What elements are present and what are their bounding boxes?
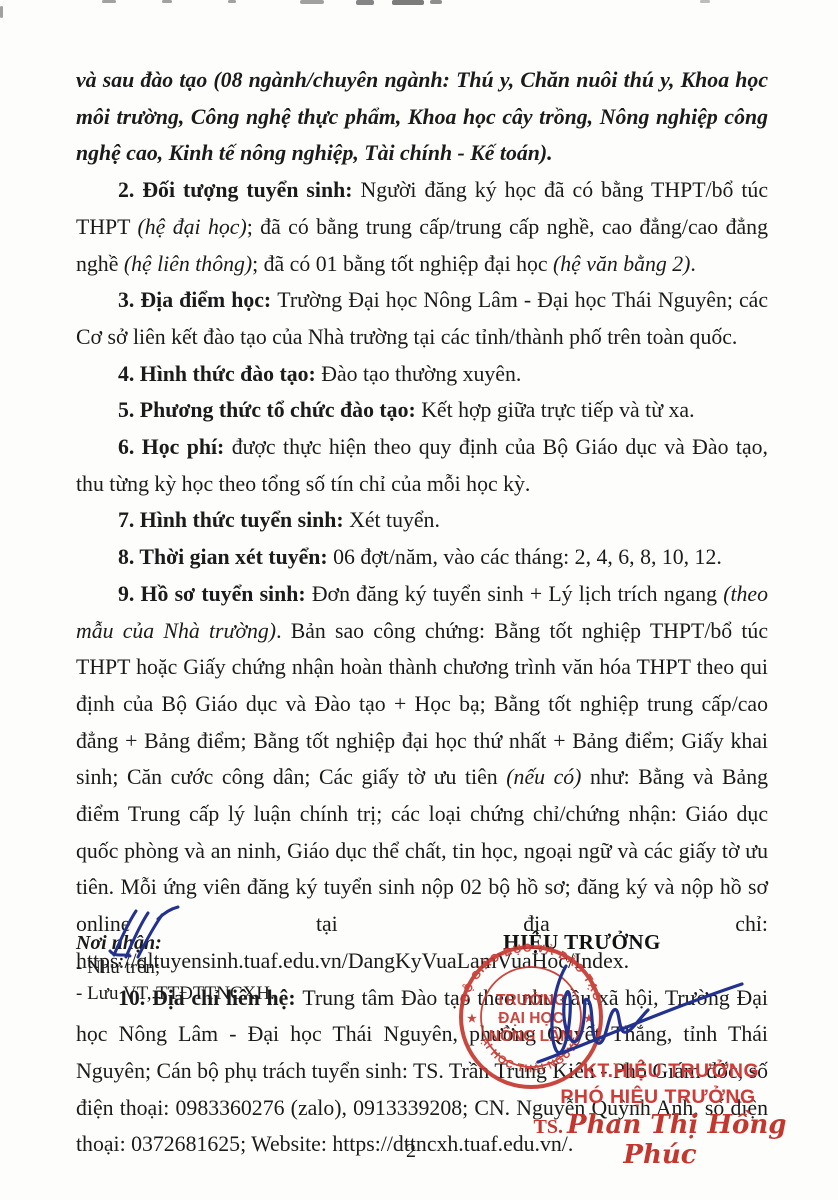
text-run: Xét tuyển. [349, 508, 440, 532]
text-run: (nếu có) [506, 765, 581, 789]
scan-artifact [392, 0, 424, 5]
page-number: 2 [394, 1140, 428, 1163]
paragraph-item-7: 7. Hình thức tuyển sinh: Xét tuyển. [76, 502, 768, 539]
paragraph-item-6: 6. Học phí: được thực hiện theo quy định… [76, 429, 768, 502]
paragraph-item-2: 2. Đối tượng tuyển sinh: Người đăng ký h… [76, 172, 768, 282]
scan-artifact [356, 0, 374, 5]
paragraph-item-4: 4. Hình thức đào tạo: Đào tạo thường xuy… [76, 356, 768, 393]
paragraph-continuation: và sau đào tạo (08 ngành/chuyên ngành: T… [76, 62, 768, 172]
kt-hieu-truong-line: KT.HIỆU TRƯỞNG [576, 1060, 766, 1083]
text-run: (hệ đại học) [138, 215, 247, 239]
text-run: Đào tạo thường xuyên. [321, 362, 521, 386]
text-run: 3. Địa điểm học: [118, 288, 277, 312]
text-run: 7. Hình thức tuyển sinh: [118, 508, 349, 532]
text-run: ; đã có 01 bằng tốt nghiệp đại học [252, 252, 553, 276]
signature-block: HIỆU TRƯỞNG BỘ GIÁO DỤC VÀ ĐÀO TẠO ĐẠI H… [430, 928, 810, 1188]
paragraph-item-5: 5. Phương thức tổ chức đào tạo: Kết hợp … [76, 392, 768, 429]
scan-artifact [0, 6, 3, 18]
scanned-document-page: { "colors": { "stamp_red": "#c63831", "t… [0, 0, 838, 1200]
text-run: Đơn đăng ký tuyển sinh + Lý lịch trích n… [312, 582, 723, 606]
text-run: 4. Hình thức đào tạo: [118, 362, 321, 386]
text-run: 5. Phương thức tổ chức đào tạo: [118, 398, 421, 422]
scan-artifact [700, 0, 710, 3]
text-run: . [690, 252, 695, 276]
recipients-line: - Lưu VT, TTĐTTNCXH. [76, 981, 275, 1007]
text-run: 6. Học phí: [118, 435, 232, 459]
initials-signature-mark [106, 903, 192, 967]
signer-degree-prefix: TS. [534, 1116, 563, 1138]
text-run: và sau đào tạo (08 ngành/chuyên ngành: T… [76, 68, 768, 165]
text-run: . Bản sao công chứng: Bằng tốt nghiệp TH… [76, 619, 768, 790]
text-run: 06 đợt/năm, vào các tháng: 2, 4, 6, 8, 1… [333, 545, 722, 569]
scan-artifact [228, 0, 236, 3]
stamp-star-left-icon: ★ [467, 1013, 477, 1025]
paragraph-item-8: 8. Thời gian xét tuyển: 06 đợt/năm, vào … [76, 539, 768, 576]
scan-artifact [300, 0, 324, 4]
signer-name: Phan Thị Hồng Phúc [567, 1110, 786, 1170]
paragraph-item-3: 3. Địa điểm học: Trường Đại học Nông Lâm… [76, 282, 768, 355]
scan-artifact [430, 0, 442, 4]
pho-hieu-truong-line: PHÓ HIỆU TRƯỞNG [548, 1086, 768, 1109]
text-run: 2. Đối tượng tuyển sinh: [118, 178, 360, 202]
text-run: Kết hợp giữa trực tiếp và từ xa. [421, 398, 694, 422]
scan-artifact [102, 0, 116, 3]
scan-artifact [162, 0, 172, 3]
text-run: 9. Hồ sơ tuyển sinh: [118, 582, 312, 606]
text-run: (hệ liên thông) [124, 252, 252, 276]
text-run: (hệ văn bằng 2) [553, 252, 690, 276]
text-run: 8. Thời gian xét tuyển: [118, 545, 333, 569]
signer-name-line: TS. Phan Thị Hồng Phúc [525, 1110, 795, 1170]
